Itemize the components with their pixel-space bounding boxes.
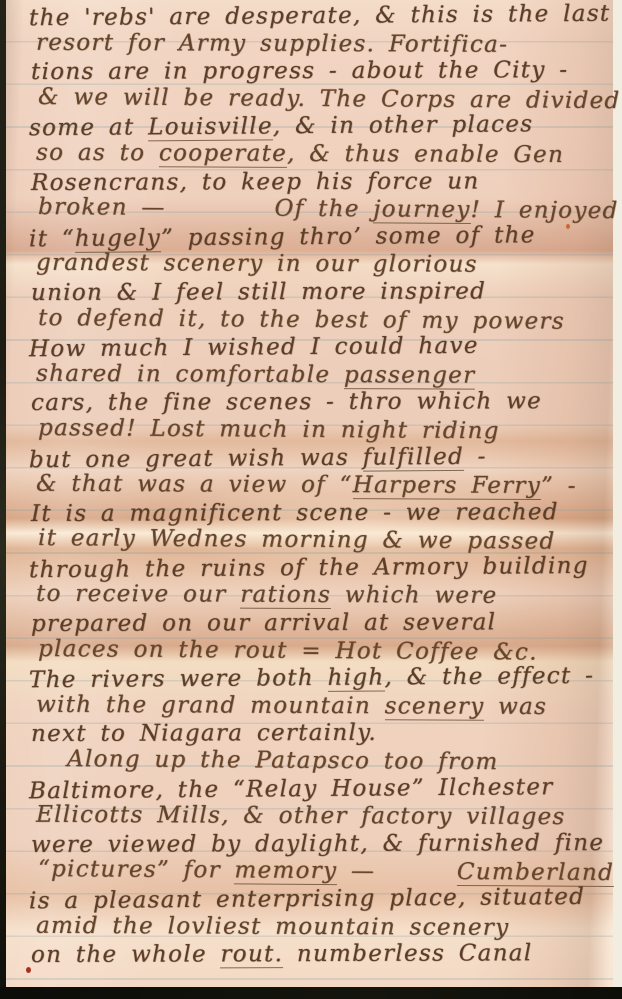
letter-line-12: to defend it, to the best of my powers	[38, 305, 607, 337]
underlined-word: high	[327, 665, 384, 692]
letter-line-2: resort for Army supplies. Fortifica-	[36, 29, 607, 59]
red-ink-speck	[26, 967, 31, 973]
letter-line-32: “pictures” for memory — Cumberland	[38, 856, 607, 888]
underlined-word: scenery	[385, 693, 485, 720]
letter-line-30: Ellicotts Mills, & other factory village…	[36, 802, 607, 832]
underlined-word: rations	[240, 582, 331, 609]
underlined-word: hugely	[75, 225, 161, 253]
underlined-word: journey	[373, 197, 470, 225]
letter-line-33: is a pleasant enterprising place, situat…	[29, 884, 607, 916]
underlined-word: fulfilled	[363, 443, 465, 471]
underlined-word: Louisville	[148, 114, 273, 142]
underlined-word: rout.	[220, 941, 283, 968]
letter-line-28: Along up the Patapsco too from	[67, 746, 607, 777]
underlined-word: passenger	[344, 362, 476, 390]
scan-edge-left	[0, 0, 6, 999]
letter-line-15: cars, the fine scenes - thro which we	[31, 388, 607, 418]
letter-line-19: It is a magnificent scene - we reached	[31, 499, 607, 529]
letter-line-34: amid the lovliest mountain scenery	[36, 912, 607, 942]
letter-line-31: were viewed by daylight, & furnished fin…	[31, 830, 607, 860]
letter-line-10: grandest scenery in our glorious	[36, 250, 607, 280]
handwritten-text-block: the 'rebs' are desperate, & this is the …	[27, 3, 607, 989]
underlined-word: cooperate	[159, 140, 287, 168]
letter-line-7: Rosencrans, to keep his force un	[31, 168, 607, 198]
letter-line-1: the 'rebs' are desperate, & this is the …	[29, 1, 607, 33]
letter-line-29: Baltimore, the “Relay House” Ilchester	[29, 773, 607, 805]
letter-line-3: tions are in progress - about the City -	[31, 57, 607, 87]
letter-line-35: on the whole rout. numberless Canal	[31, 940, 607, 970]
letter-line-23: prepared on our arrival at several	[31, 609, 607, 639]
scan-edge-bottom	[0, 987, 622, 999]
letter-line-11: union & I feel still more inspired	[31, 278, 607, 308]
letter-line-26: with the grand mountain scenery was	[36, 692, 607, 722]
letter-line-14: shared in comfortable passenger	[36, 360, 607, 390]
letter-line-25: The rivers were both high, & the effect …	[29, 663, 607, 695]
letter-line-21: through the ruins of the Armory building	[29, 553, 607, 585]
underlined-word: Harpers Ferry	[353, 472, 542, 500]
letter-line-17: but one great wish was fulfilled -	[29, 442, 607, 474]
letter-line-22: to receive our rations which were	[36, 581, 607, 611]
letter-line-5: some at Louisville, & in other places	[29, 111, 607, 143]
underlined-word: memory	[234, 858, 337, 886]
letter-line-18: & that was a view of “Harpers Ferry” -	[36, 471, 607, 501]
letter-paper-page: the 'rebs' are desperate, & this is the …	[5, 0, 613, 989]
letter-line-16: passed! Lost much in night riding	[38, 415, 607, 447]
letter-line-13: How much I wished I could have	[29, 332, 607, 364]
letter-line-20: it early Wednes morning & we passed	[38, 525, 607, 557]
orange-paper-speck	[566, 224, 570, 229]
letter-line-27: next to Niagara certainly.	[31, 719, 607, 749]
letter-line-6: so as to cooperate, & thus enable Gen	[36, 140, 607, 170]
letter-line-9: it “hugely” passing thro’ some of the	[29, 221, 607, 253]
scanned-letter-screenshot: { "page": { "description": "Scanned page…	[0, 0, 622, 999]
letter-line-8: broken — Of the journey! I enjoyed	[38, 194, 607, 226]
